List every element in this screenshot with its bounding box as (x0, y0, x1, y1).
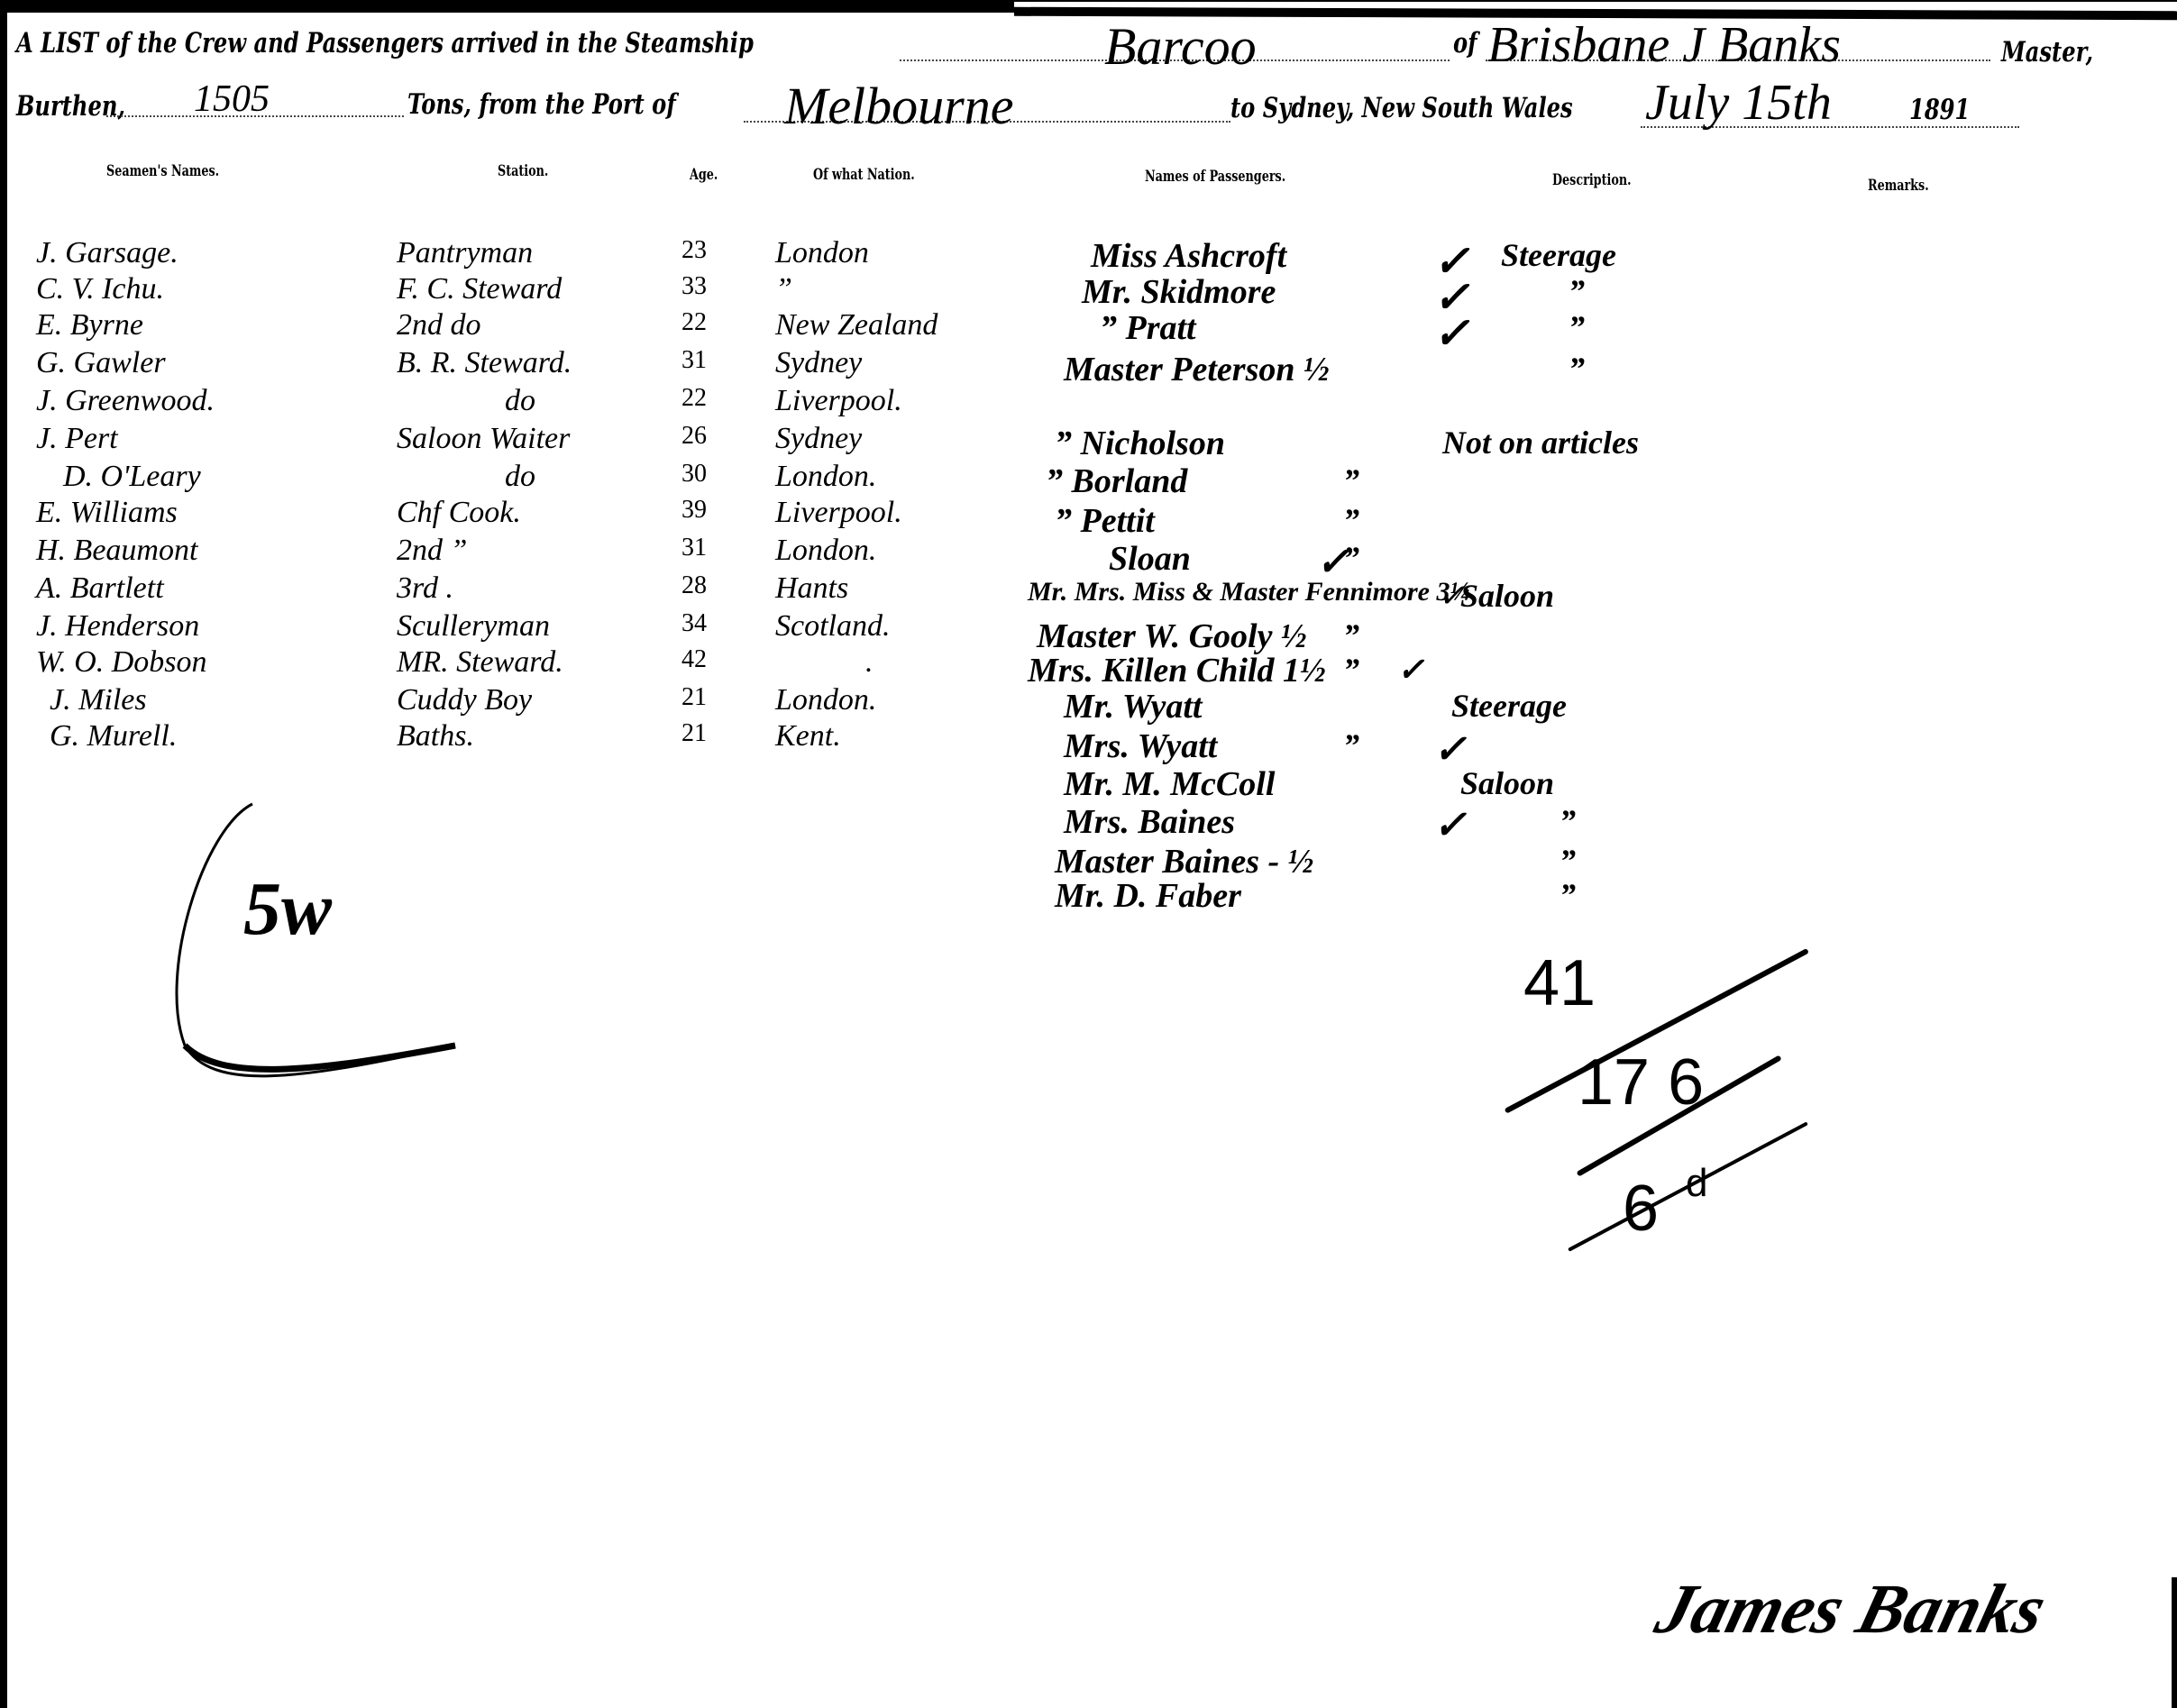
passenger-description: Steerage (1451, 687, 1567, 725)
crew-station: do (505, 384, 535, 418)
tally-top: 41 (1523, 946, 1596, 1020)
col-station: Station. (498, 162, 548, 180)
burthen-label: Burthen, (16, 90, 125, 123)
ship-name: Barcoo (1104, 16, 1257, 77)
passenger-row: Miss Ashcroft ✓ Steerage (0, 236, 2177, 270)
passenger-name: ” Pettit (1055, 501, 1155, 541)
passenger-row: Mrs. Wyatt ✓ ” (0, 726, 2177, 761)
passenger-description: ” (1560, 842, 1576, 880)
passenger-description: ” (1569, 350, 1585, 388)
passenger-description: ” (1560, 802, 1576, 840)
col-description: Description. (1552, 171, 1632, 189)
passenger-name: Mr. Mrs. Miss & Master Fennimore 3¼ (1028, 577, 1470, 607)
passenger-description: ” (1343, 617, 1359, 654)
master-label: Master, (2001, 36, 2093, 69)
passenger-row: Mrs. Killen Child 1½ ✓ ” (0, 651, 2177, 685)
col-passengers: Names of Passengers. (1145, 168, 1285, 186)
passenger-description: ” (1560, 876, 1576, 914)
passenger-name: Mr. M. McColl (1064, 764, 1275, 804)
passenger-description: Saloon (1460, 764, 1554, 802)
passenger-name: Mrs. Killen Child 1½ (1028, 651, 1325, 690)
passenger-name: Sloan (1109, 539, 1191, 579)
scan-edge-top (0, 0, 1014, 13)
passenger-description: Steerage (1501, 236, 1616, 274)
arrival-year: 1891 (1909, 94, 1970, 126)
passenger-row: ” Borland ” (0, 461, 2177, 496)
to-sydney-label: to Sydney, New South Wales (1230, 92, 1573, 124)
passenger-row: Sloan ✓ ” (0, 539, 2177, 573)
passenger-row: Master Peterson ½ ” (0, 350, 2177, 384)
passenger-name: Mr. Wyatt (1064, 687, 1202, 726)
passenger-description: ” (1343, 539, 1359, 577)
crew-name: J. Greenwood. (36, 384, 215, 418)
passenger-description: ” (1569, 308, 1585, 346)
passenger-name: Miss Ashcroft (1091, 236, 1286, 276)
scan-edge-right (2172, 1577, 2177, 1708)
passenger-name: Mr. D. Faber (1055, 876, 1241, 916)
passenger-description: ” (1343, 501, 1359, 539)
margin-note: 5w (243, 865, 332, 953)
burthen-tons: 1505 (194, 78, 270, 121)
col-seamens-names: Seamen's Names. (106, 162, 219, 180)
passenger-row: ” Pettit ” (0, 501, 2177, 535)
of-label: of (1453, 27, 1477, 59)
passenger-description: ” (1343, 461, 1359, 499)
passenger-name: Master Peterson ½ (1064, 350, 1330, 389)
passenger-description: ” (1343, 726, 1359, 764)
master-signature: James Banks (1648, 1568, 2054, 1649)
crew-age: 22 (681, 384, 707, 413)
col-age: Age. (690, 166, 718, 184)
arrival-date: July 15th (1645, 74, 1832, 132)
tally-calculation: 41 17 6 6 d (1442, 937, 1803, 1262)
tally-bottom: 6 (1623, 1172, 1659, 1246)
passenger-name: ” Borland (1046, 461, 1187, 501)
passenger-name: ” Nicholson (1055, 424, 1225, 463)
port-of-departure: Melbourne (784, 76, 1014, 136)
passenger-name: Mrs. Wyatt (1064, 726, 1217, 766)
passenger-row: Mr. Wyatt Steerage (0, 687, 2177, 721)
passenger-name: Mrs. Baines (1064, 802, 1235, 842)
passenger-row: Master W. Gooly ½ ” (0, 617, 2177, 651)
passenger-name: Mr. Skidmore (1082, 272, 1276, 312)
col-nation: Of what Nation. (813, 166, 915, 184)
passenger-row: ” Pratt ✓ ” (0, 308, 2177, 343)
passenger-row: Mr. Mrs. Miss & Master Fennimore 3¼ ✓ Sa… (0, 577, 2177, 611)
passenger-row: ” Nicholson Not on articles (0, 424, 2177, 458)
scan-edge-top-right (1014, 0, 2177, 2)
header-title: A LIST of the Crew and Passengers arrive… (16, 27, 754, 59)
checkmark-icon: ✓ (1397, 651, 1424, 689)
col-remarks: Remarks. (1868, 177, 1929, 195)
passenger-name: ” Pratt (1100, 308, 1196, 348)
tally-superscript: d (1686, 1161, 1707, 1206)
passenger-description: ” (1343, 651, 1359, 689)
master-name: Brisbane J Banks (1487, 16, 1841, 74)
passenger-description: Saloon (1460, 577, 1554, 615)
tons-from-label: Tons, from the Port of (407, 88, 676, 121)
crew-nation: Liverpool. (775, 384, 902, 418)
passenger-description: ” (1569, 272, 1585, 310)
passenger-description: Not on articles (1442, 424, 1639, 461)
passenger-row: Mr. Skidmore ✓ ” (0, 272, 2177, 306)
